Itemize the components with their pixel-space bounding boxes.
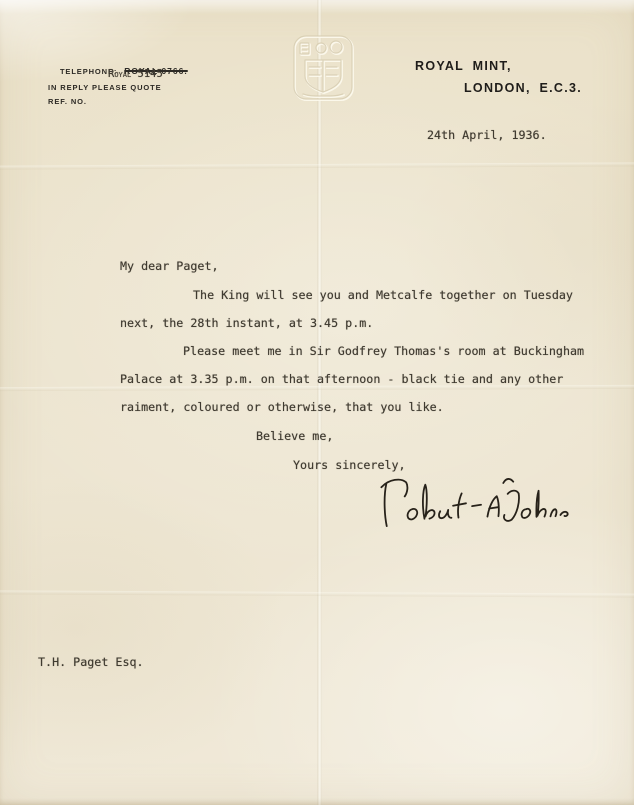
body-line: Please meet me in Sir Godfrey Thomas's r… bbox=[183, 344, 584, 358]
scan-bottom-shade bbox=[0, 798, 634, 805]
royal-mint-embossed-seal-icon bbox=[291, 33, 355, 104]
org-address: LONDON, E.C.3. bbox=[464, 81, 582, 95]
signature-robert-a-johnson bbox=[373, 467, 577, 540]
ref-label: REF. NO. bbox=[48, 97, 87, 106]
org-name: ROYAL MINT, bbox=[415, 59, 512, 73]
valediction-line: Believe me, bbox=[256, 429, 333, 443]
salutation: My dear Paget, bbox=[120, 259, 219, 273]
reply-note: IN REPLY PLEASE QUOTE bbox=[48, 83, 162, 92]
body-line: Palace at 3.35 p.m. on that afternoon - … bbox=[120, 372, 563, 386]
body-line: The King will see you and Metcalfe toget… bbox=[193, 288, 573, 302]
telephone-new-number: Royal 5145 bbox=[108, 68, 163, 80]
valediction-line: Yours sincerely, bbox=[293, 458, 406, 472]
date-line: 24th April, 1936. bbox=[427, 128, 547, 142]
letter-page: TELEPHONE:ROYAL 0766. Royal 5145 IN REPL… bbox=[0, 0, 634, 805]
body-line: next, the 28th instant, at 3.45 p.m. bbox=[120, 316, 373, 330]
body-line: raiment, coloured or otherwise, that you… bbox=[120, 400, 444, 414]
addressee: T.H. Paget Esq. bbox=[38, 655, 144, 669]
